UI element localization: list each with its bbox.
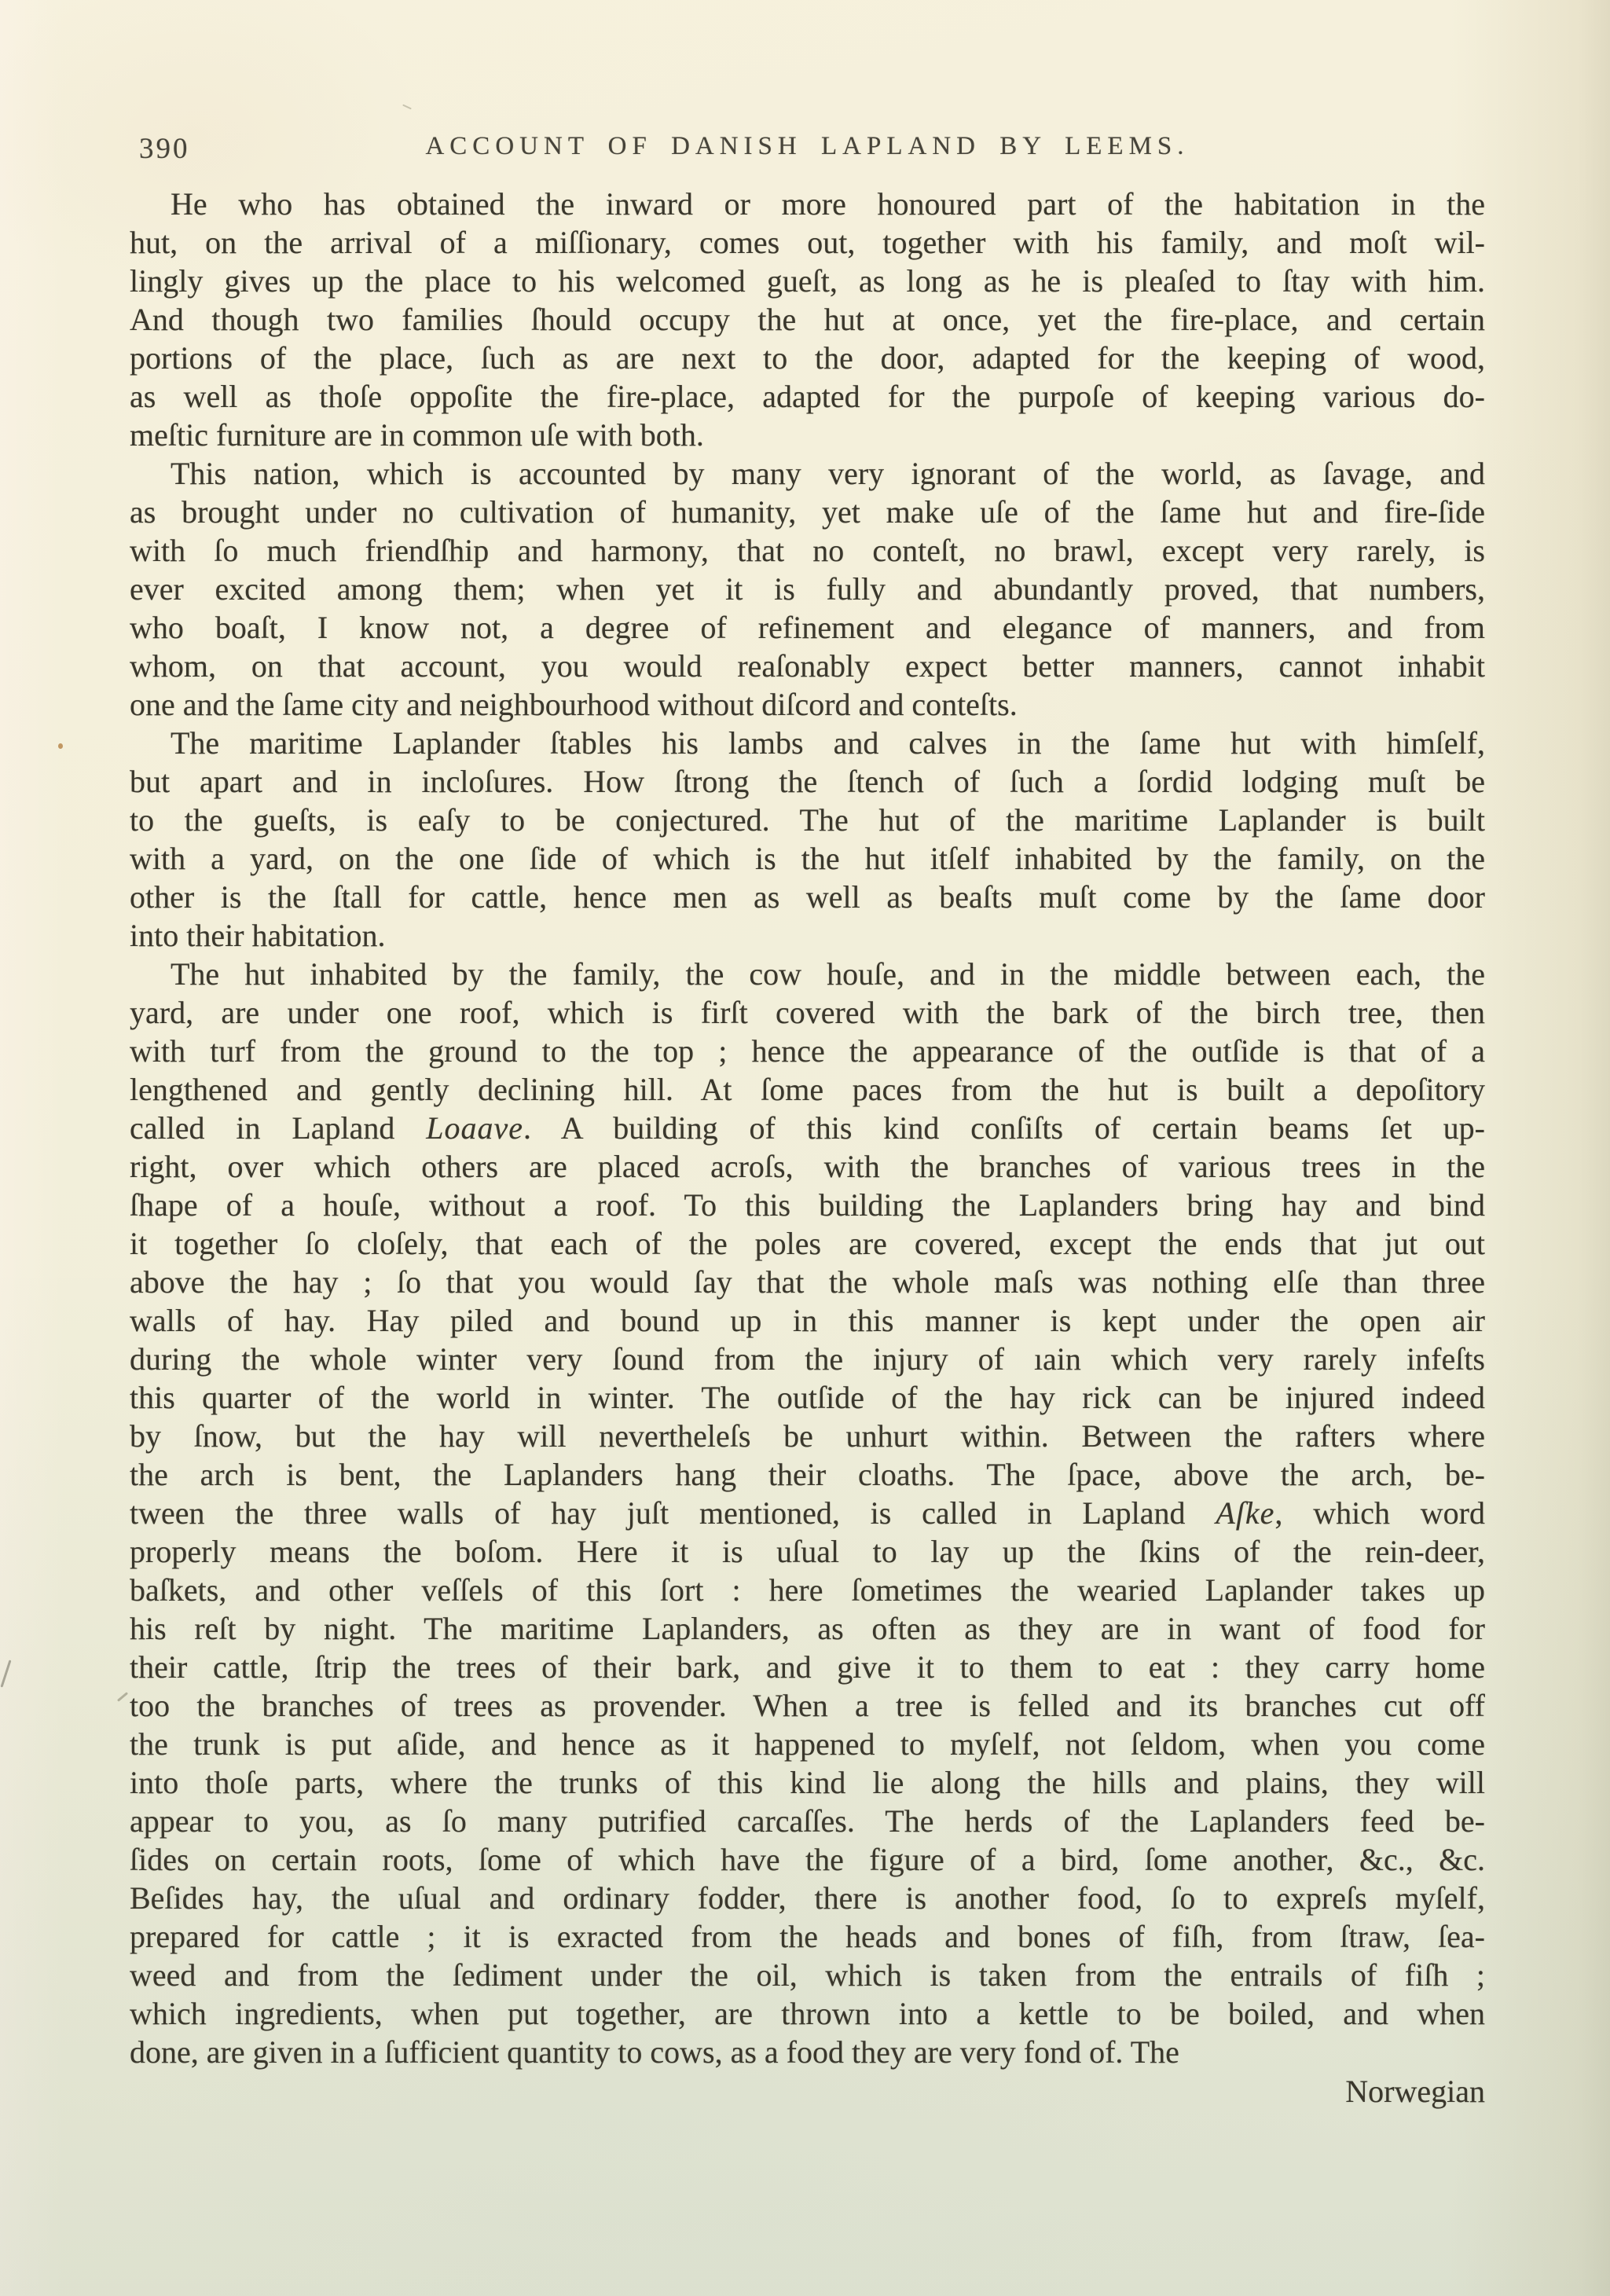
text-line: hut, on the arrival of a miſſionary, com… xyxy=(130,223,1485,262)
text-line: walls of hay. Hay piled and bound up in … xyxy=(130,1301,1485,1340)
text-line: And though two families ſhould occupy th… xyxy=(130,300,1485,339)
text-line: other is the ſtall for cattle, hence men… xyxy=(130,878,1485,916)
text-line: who boaſt, I know not, a degree of refin… xyxy=(130,608,1485,647)
paper-fiber xyxy=(402,105,412,110)
text-line: into thoſe parts, where the trunks of th… xyxy=(130,1763,1485,1802)
paper-speck xyxy=(58,743,63,749)
text-line: weed and from the ſediment under the oil… xyxy=(130,1956,1485,1994)
text-line: ſhape of a houſe, without a roof. To thi… xyxy=(130,1186,1485,1224)
running-title: ACCOUNT OF DANISH LAPLAND BY LEEMS. xyxy=(130,132,1485,161)
text-line: but apart and in incloſures. How ſtrong … xyxy=(130,762,1485,801)
text-line: as brought under no cultivation of human… xyxy=(130,493,1485,531)
text-line: lengthened and gently declining hill. At… xyxy=(130,1070,1485,1109)
text-line: The maritime Laplander ſtables his lambs… xyxy=(130,724,1485,762)
text-line: Beſides hay, the uſual and ordinary fodd… xyxy=(130,1879,1485,1917)
text-line: during the whole winter very ſound from … xyxy=(130,1340,1485,1378)
text-line: The hut inhabited by the family, the cow… xyxy=(130,955,1485,993)
page-header: 390 ACCOUNT OF DANISH LAPLAND BY LEEMS. xyxy=(130,132,1485,173)
book-page: 390 ACCOUNT OF DANISH LAPLAND BY LEEMS. … xyxy=(0,0,1610,2296)
text-line: it together ſo cloſely, that each of the… xyxy=(130,1224,1485,1263)
text-line: whom, on that account, you would reaſona… xyxy=(130,647,1485,685)
text-line: too the branches of trees as provender. … xyxy=(130,1686,1485,1725)
text-line: his reſt by night. The maritime Laplande… xyxy=(130,1609,1485,1648)
text-line: this quarter of the world in winter. The… xyxy=(130,1378,1485,1417)
text-line: right, over which others are placed acro… xyxy=(130,1147,1485,1186)
paragraph: He who has obtained the inward or more h… xyxy=(130,185,1485,454)
text-line: with ſo much friendſhip and harmony, tha… xyxy=(130,531,1485,570)
text-line: meſtic furniture are in common uſe with … xyxy=(130,416,1485,454)
text-line: ever excited among them; when yet it is … xyxy=(130,570,1485,608)
text-line: as well as thoſe oppoſite the fire-place… xyxy=(130,377,1485,416)
text-line: the trunk is put aſide, and hence as it … xyxy=(130,1725,1485,1763)
text-line: by ſnow, but the hay will nevertheleſs b… xyxy=(130,1417,1485,1455)
text-line: baſkets, and other veſſels of this ſort … xyxy=(130,1571,1485,1609)
text-line: appear to you, as ſo many putrified carc… xyxy=(130,1802,1485,1840)
text-line: one and the ſame city and neighbourhood … xyxy=(130,685,1485,724)
italic-term: Loaave xyxy=(426,1110,523,1146)
text-line: properly means the boſom. Here it is uſu… xyxy=(130,1532,1485,1571)
paper-fiber xyxy=(117,1692,128,1702)
catchword: Norwegian xyxy=(130,2073,1485,2110)
paragraph: The hut inhabited by the family, the cow… xyxy=(130,955,1485,2071)
text-line: into their habitation. xyxy=(130,916,1485,955)
text-line: to the gueſts, is eaſy to be conjectured… xyxy=(130,801,1485,839)
text-line: done, are given in a ſufficient quantity… xyxy=(130,2033,1485,2071)
text-body: He who has obtained the inward or more h… xyxy=(130,185,1485,2071)
text-line: portions of the place, ſuch as are next … xyxy=(130,339,1485,377)
text-line: lingly gives up the place to his welcome… xyxy=(130,262,1485,300)
paragraph: The maritime Laplander ſtables his lambs… xyxy=(130,724,1485,955)
text-line: with turf from the ground to the top ; h… xyxy=(130,1032,1485,1070)
text-line: This nation, which is accounted by many … xyxy=(130,454,1485,493)
text-line: their cattle, ſtrip the trees of their b… xyxy=(130,1648,1485,1686)
text-line: yard, are under one roof, which is firſt… xyxy=(130,993,1485,1032)
text-line: prepared for cattle ; it is exracted fro… xyxy=(130,1917,1485,1956)
margin-pen-mark xyxy=(1,1660,12,1687)
text-line: which ingredients, when put together, ar… xyxy=(130,1994,1485,2033)
text-line: the arch is bent, the Laplanders hang th… xyxy=(130,1455,1485,1494)
page-number: 390 xyxy=(139,132,190,166)
text-line: ſides on certain roots, ſome of which ha… xyxy=(130,1840,1485,1879)
paragraph: This nation, which is accounted by many … xyxy=(130,454,1485,724)
text-line: called in Lapland Loaave. A building of … xyxy=(130,1109,1485,1147)
text-line: tween the three walls of hay juſt mentio… xyxy=(130,1494,1485,1532)
text-line: with a yard, on the one ſide of which is… xyxy=(130,839,1485,878)
text-line: above the hay ; ſo that you would ſay th… xyxy=(130,1263,1485,1301)
text-line: He who has obtained the inward or more h… xyxy=(130,185,1485,223)
italic-term: Aſke xyxy=(1216,1495,1274,1531)
